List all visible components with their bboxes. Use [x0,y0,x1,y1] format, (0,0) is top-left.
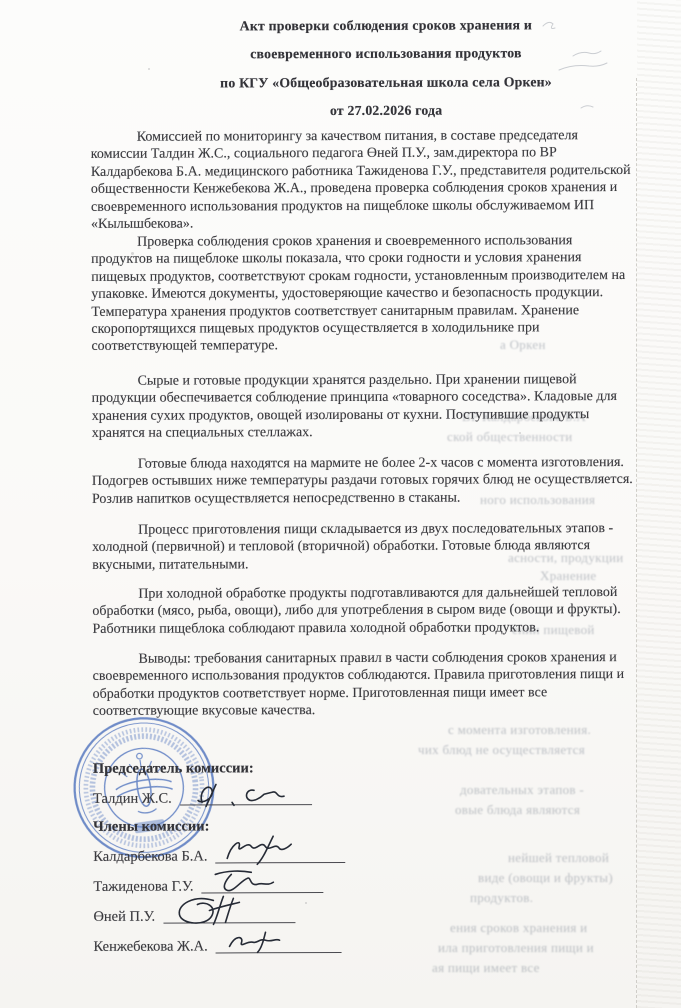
handwritten-signature [186,778,306,808]
signature-line [163,906,295,923]
handwritten-signature [221,832,321,866]
signature-row-chairman: Талдин Ж.С. [93,788,312,808]
title-line-2: своевременного использования продуктов [98,39,673,69]
paragraph-cooking-process: Процесс приготовления пищи складывается … [92,520,638,574]
title-line-1: Акт проверки соблюдения сроков хранения … [98,11,673,41]
paragraph-storage: Сырые и готовые продукции хранятся разде… [92,371,638,443]
handwritten-signature [207,866,297,896]
signature-line [216,936,342,953]
member-name: Өней П.У. [93,909,155,925]
document-page: а Оркен ВР Калдарбекова Б.А ской обществ… [0,0,681,1008]
signature-line [201,876,323,893]
handwritten-signature [169,894,259,926]
member-name: Калдарбекова Б.А. [93,848,207,864]
paragraph-check-results: Проверка соблюдения сроков хранения и св… [91,232,637,356]
signature-line [180,788,312,805]
signature-row-member: Калдарбекова Б.А. [93,846,345,866]
document-content: Акт проверки соблюдения сроков хранения … [0,0,681,1008]
chairman-label: Председатель комиссии: [93,760,353,778]
title-line-4: от 27.02.2026 года [99,96,674,126]
signature-row-member: Кенжебекова Ж.А. [94,936,342,956]
signature-row-member: Тажиденова Г.У. [93,876,323,896]
member-name: Тажиденова Г.У. [93,879,193,895]
handwritten-signature [222,928,302,956]
paragraph-ready-meals: Готовые блюда находятся на мармите не бо… [92,454,638,508]
paragraph-commission: Комиссией по мониторингу за качеством пи… [91,127,637,233]
title-line-3: по КГУ «Общеобразовательная школа села О… [98,68,673,98]
document-title: Акт проверки соблюдения сроков хранения … [98,11,673,127]
signature-row-member: Өней П.У. [93,906,295,926]
signature-line [215,846,345,863]
member-name: Кенжебекова Ж.А. [94,938,208,954]
paragraph-cold-processing: При холодной обработке продукты подготав… [92,584,638,638]
chairman-name: Талдин Ж.С. [93,791,172,807]
